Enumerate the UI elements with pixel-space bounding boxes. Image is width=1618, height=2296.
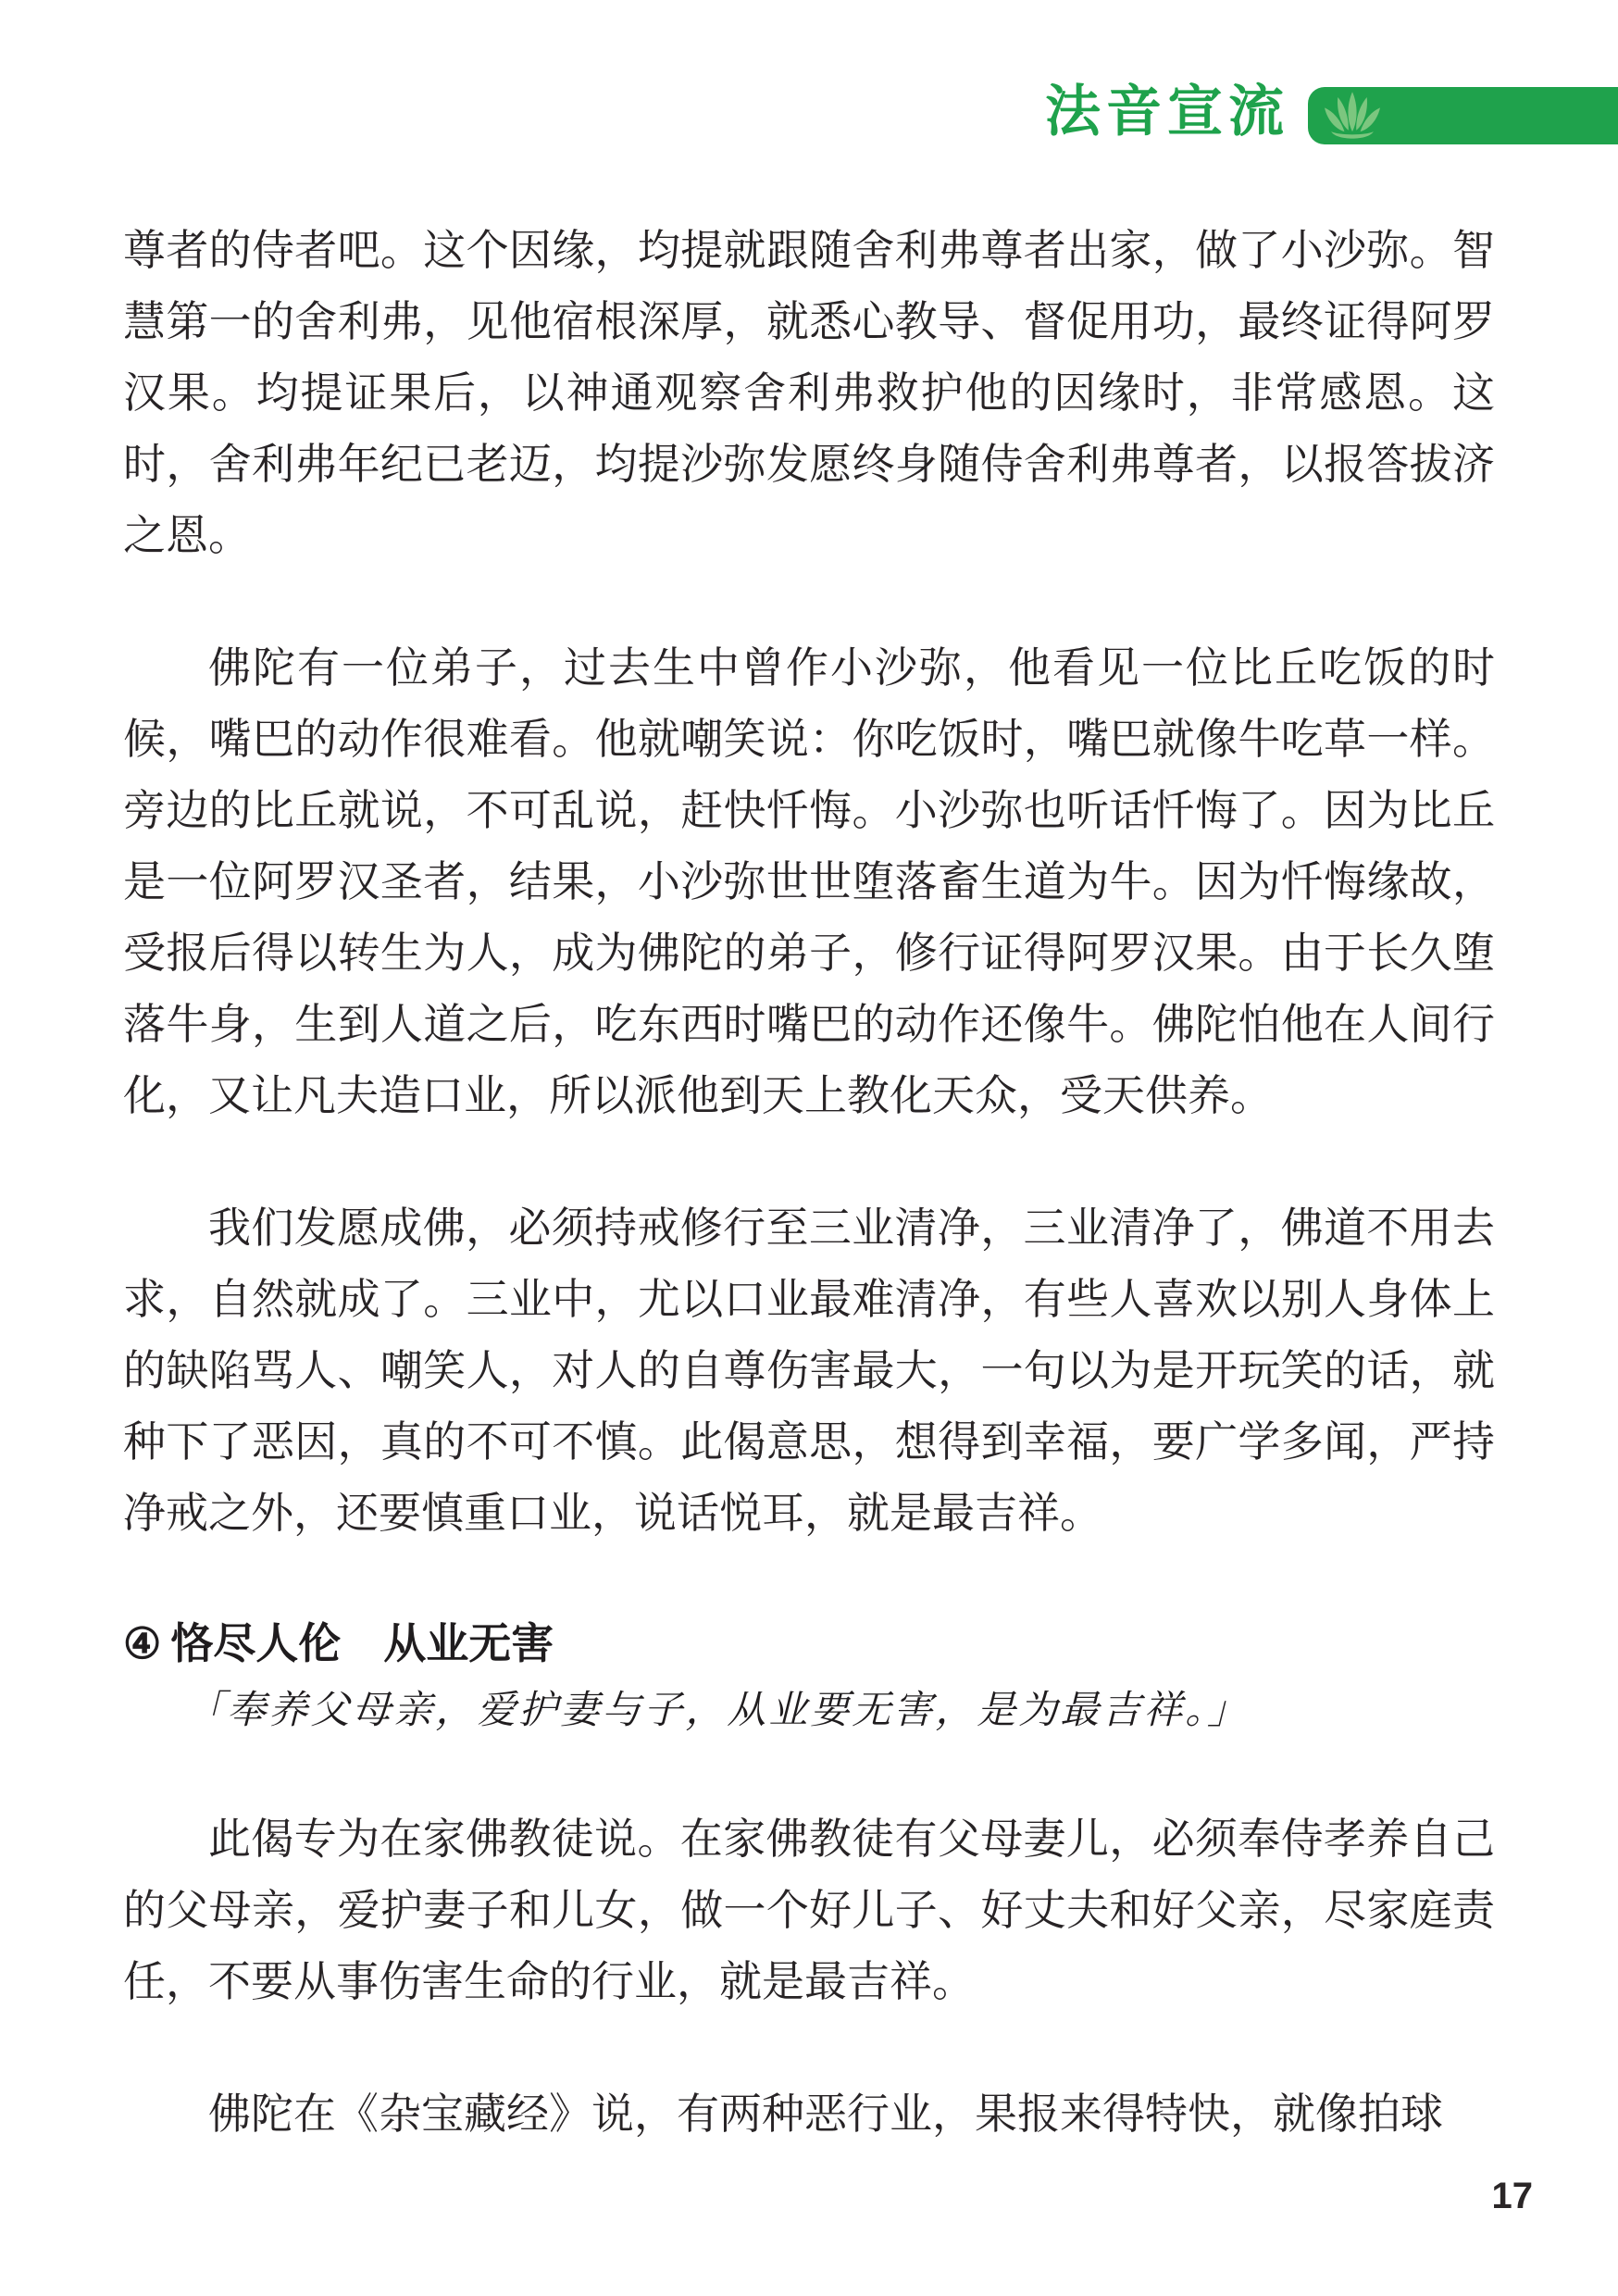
section-title: 恪尽人伦 从业无害 (170, 1619, 554, 1667)
paragraph: 佛陀在《杂宝藏经》说，有两种恶行业，果报来得特快，就像拍球 (123, 2078, 1495, 2150)
lotus-icon (1319, 88, 1386, 143)
page-number: 17 (1492, 2174, 1534, 2218)
page-body: 尊者的侍者吧。这个因缘，均提就跟随舍利弗尊者出家，做了小沙弥。智慧第一的舍利弗，… (123, 215, 1495, 2150)
paragraph: 佛陀有一位弟子，过去生中曾作小沙弥，他看见一位比丘吃饭的时候，嘴巴的动作很难看。… (123, 632, 1495, 1131)
verse-quote: 「奉养父母亲，爱护妻与子，从业要无害，是为最吉祥。」 (123, 1678, 1495, 1743)
book-page: 法音宣流 尊者的侍者吧。这个因缘，均提就跟随舍利弗尊者出家，做了小沙弥。智慧第一… (0, 0, 1618, 2296)
section-number: ④ (123, 1619, 161, 1667)
header-badge (1308, 87, 1618, 144)
paragraph-continuation: 尊者的侍者吧。这个因缘，均提就跟随舍利弗尊者出家，做了小沙弥。智慧第一的舍利弗，… (123, 215, 1495, 571)
paragraph: 我们发愿成佛，必须持戒修行至三业清净，三业清净了，佛道不用去求，自然就成了。三业… (123, 1192, 1495, 1549)
section-heading: ④恪尽人伦 从业无害 (123, 1614, 1495, 1673)
header-title: 法音宣流 (1045, 81, 1289, 143)
paragraph: 此偈专为在家佛教徒说。在家佛教徒有父母妻儿，必须奉侍孝养自己的父母亲，爱护妻子和… (123, 1803, 1495, 2017)
